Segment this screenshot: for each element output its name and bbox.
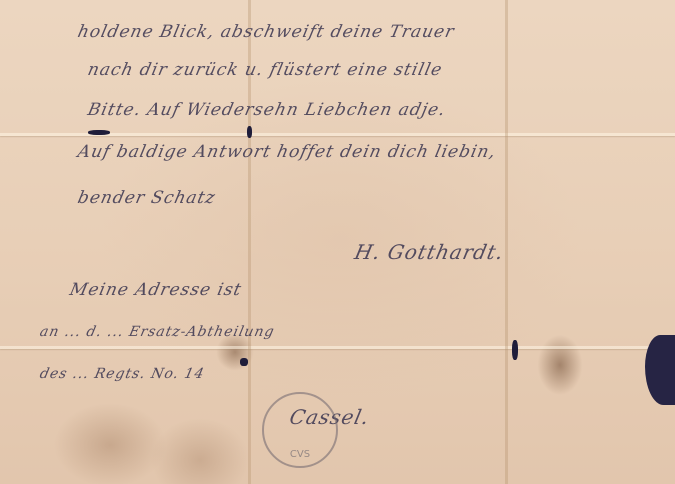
letter-line: Bitte. Auf Wiedersehn Liebchen adje. <box>86 100 448 120</box>
postmark-text: CVS <box>264 449 336 460</box>
fold-line <box>0 346 675 349</box>
ink-blot <box>512 340 518 360</box>
address-line: des ... Regts. No. 14 <box>38 366 206 382</box>
ink-blot <box>88 130 110 135</box>
letter-line: bender Schatz <box>76 188 218 208</box>
letter-line: nach dir zurück u. flüstert eine stille <box>86 60 445 80</box>
address-heading: Meine Adresse ist <box>68 280 244 300</box>
letter-line: holdene Blick, abschweift deine Trauer <box>76 22 457 42</box>
letter-line: Auf baldige Antwort hoffet dein dich lie… <box>76 142 498 162</box>
postmark-stamp: CVS <box>262 392 338 468</box>
signature: H. Gotthardt. <box>352 240 506 264</box>
address-line: an ... d. ... Ersatz-Abtheilung <box>38 324 276 340</box>
ink-blot <box>247 126 252 138</box>
ink-blot <box>240 358 248 366</box>
